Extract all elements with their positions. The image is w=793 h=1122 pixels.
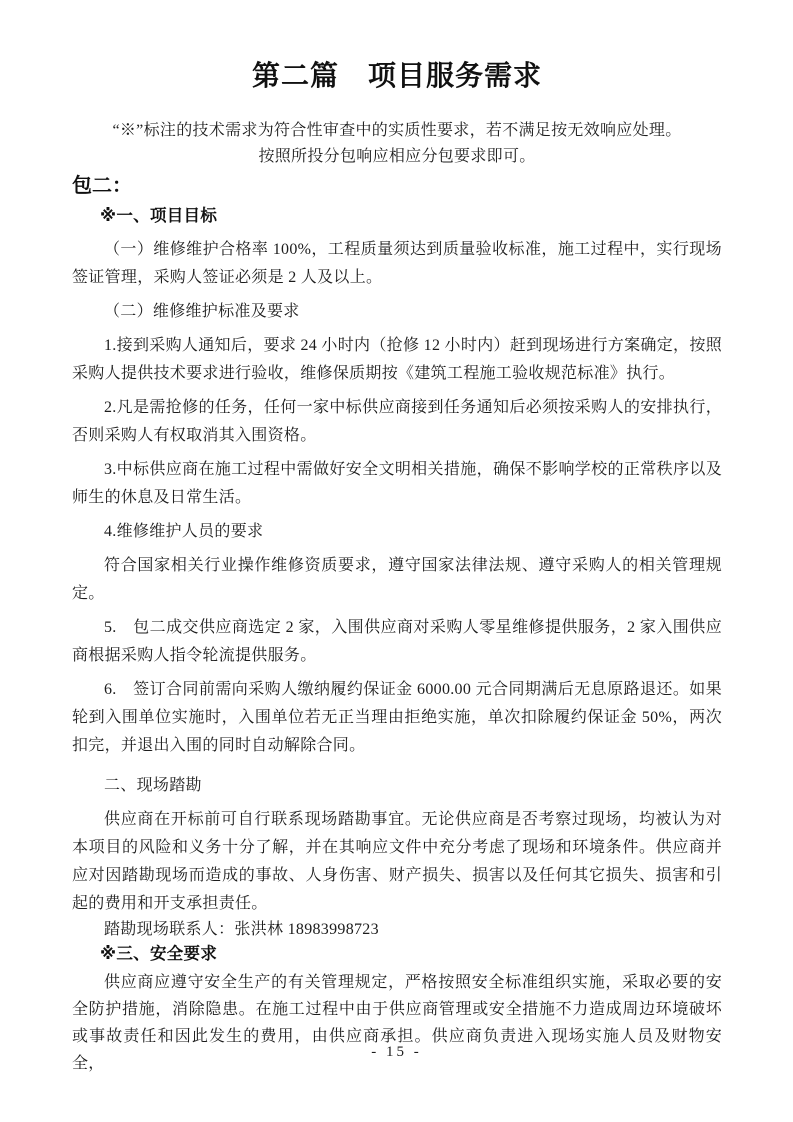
para-maintenance-standards-heading: （二）维修维护标准及要求 [72,298,722,326]
para-personnel-qualifications: 符合国家相关行业操作维修资质要求，遵守国家法律法规、遵守采购人的相关管理规定。 [72,552,722,608]
package-two-heading: 包二： [72,172,722,200]
document-page: 第二篇 项目服务需求 “※”标注的技术需求为符合性审查中的实质性要求，若不满足按… [0,0,793,1122]
para-personnel-requirements-heading: 4.维修维护人员的要求 [72,518,722,546]
page-number: - 15 - [0,1043,793,1061]
para-two-suppliers: 5. 包二成交供应商选定 2 家，入围供应商对采购人零星维修提供服务，2 家入围… [72,614,722,670]
para-emergency-repair: 2.凡是需抢修的任务，任何一家中标供应商接到任务通知后必须按采购人的安排执行，否… [72,394,722,450]
section-heading-safety-requirements: ※三、安全要求 [72,942,722,967]
para-pass-rate: （一）维修维护合格率 100%，工程质量须达到质量验收标准，施工过程中，实行现场… [72,236,722,292]
document-title: 第二篇 项目服务需求 [72,60,722,92]
para-construction-safety: 3.中标供应商在施工过程中需做好安全文明相关措施，确保不影响学校的正常秩序以及师… [72,456,722,512]
notice-line-1: “※”标注的技术需求为符合性审查中的实质性要求，若不满足按无效响应处理。 [72,118,722,144]
document-content: 第二篇 项目服务需求 “※”标注的技术需求为符合性审查中的实质性要求，若不满足按… [72,0,722,1077]
section-heading-site-survey: 二、现场踏勘 [72,772,722,800]
para-performance-bond: 6. 签订合同前需向采购人缴纳履约保证金 6000.00 元合同期满后无息原路退… [72,676,722,760]
para-survey-contact: 踏勘现场联系人：张洪林 18983998723 [72,918,722,942]
notice-line-2: 按照所投分包响应相应分包要求即可。 [72,144,722,170]
para-site-survey: 供应商在开标前可自行联系现场踏勘事宜。无论供应商是否考察过现场，均被认为对本项目… [72,806,722,918]
para-response-time: 1.接到采购人通知后，要求 24 小时内（抢修 12 小时内）赶到现场进行方案确… [72,332,722,388]
section-heading-project-goals: ※一、项目目标 [72,202,722,230]
document-body: ※一、项目目标 （一）维修维护合格率 100%，工程质量须达到质量验收标准，施工… [72,202,722,1077]
